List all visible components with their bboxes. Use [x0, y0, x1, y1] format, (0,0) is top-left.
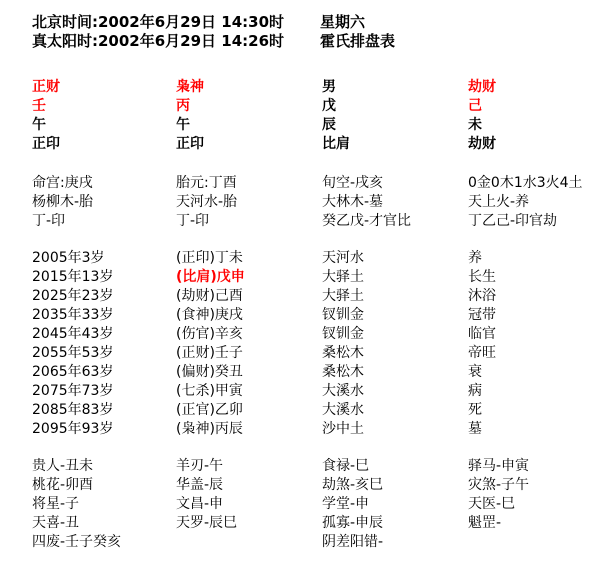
hour-branch: 未 [468, 116, 482, 135]
luck-phase: 病 [468, 382, 482, 401]
star-cell: 羊刃-午 [176, 457, 223, 476]
luck-row: 2055年53岁(正财)壬子桑松木帝旺 [0, 344, 612, 363]
day-hidden-god: 比肩 [322, 135, 350, 154]
luck-nayin: 桑松木 [322, 363, 364, 382]
info-cell: 癸乙戊-才官比 [322, 212, 411, 231]
luck-phase: 衰 [468, 363, 482, 382]
luck-phase: 养 [468, 249, 482, 268]
luck-age: 2025年23岁 [32, 287, 113, 306]
luck-pillar: (正印)丁未 [176, 249, 243, 268]
year-ten-god: 正财 [32, 78, 60, 97]
stars-row: 贵人-丑未羊刃-午食禄-巳驿马-申寅 [0, 457, 612, 476]
luck-row: 2035年33岁(食神)庚戌钗钏金冠带 [0, 306, 612, 325]
luck-pillar: (枭神)丙辰 [176, 420, 243, 439]
star-cell: 桃花-卯酉 [32, 476, 93, 495]
year-hidden-god: 正印 [32, 135, 60, 154]
info-cell: 命宫:庚戌 [32, 174, 93, 193]
luck-pillar: (七杀)甲寅 [176, 382, 243, 401]
luck-nayin: 大溪水 [322, 401, 364, 420]
luck-age: 2075年73岁 [32, 382, 113, 401]
luck-age: 2085年83岁 [32, 401, 113, 420]
day-branch: 辰 [322, 116, 336, 135]
info-cell: 丁乙己-印官劫 [468, 212, 557, 231]
year-stem: 壬 [32, 97, 46, 116]
luck-pillar: (劫财)己酉 [176, 287, 243, 306]
stars-row: 将星-子文昌-申学堂-申天医-巳 [0, 495, 612, 514]
luck-row: 2045年43岁(伤官)辛亥钗钏金临官 [0, 325, 612, 344]
luck-nayin: 桑松木 [322, 344, 364, 363]
luck-row: 2075年73岁(七杀)甲寅大溪水病 [0, 382, 612, 401]
star-cell: 四废-壬子癸亥 [32, 533, 121, 552]
month-ten-god: 枭神 [176, 78, 204, 97]
weekday: 星期六 [320, 13, 365, 32]
star-cell: 灾煞-子午 [468, 476, 529, 495]
luck-age: 2015年13岁 [32, 268, 113, 287]
luck-pillar: (正财)壬子 [176, 344, 243, 363]
luck-phase: 冠带 [468, 306, 496, 325]
info-cell: 大林木-墓 [322, 193, 383, 212]
header-line-1: 北京时间:2002年6月29日 14:30时 星期六 [0, 13, 612, 32]
luck-nayin: 沙中土 [322, 420, 364, 439]
info-row: 杨柳木-胎 天河水-胎 大林木-墓 天上火-养 [0, 193, 612, 212]
info-cell: 天河水-胎 [176, 193, 237, 212]
luck-phase: 临官 [468, 325, 496, 344]
month-stem: 丙 [176, 97, 190, 116]
info-cell: 丁-印 [176, 212, 209, 231]
star-cell: 天喜-丑 [32, 514, 79, 533]
month-hidden-god: 正印 [176, 135, 204, 154]
info-cell: 0金0木1水3火4土 [468, 174, 583, 193]
star-cell: 驿马-申寅 [468, 457, 529, 476]
info-row: 命宫:庚戌 胎元:丁酉 旬空-戌亥 0金0木1水3火4土 [0, 174, 612, 193]
star-cell: 天罗-辰巳 [176, 514, 237, 533]
star-cell: 魁罡- [468, 514, 501, 533]
luck-age: 2095年93岁 [32, 420, 113, 439]
luck-phase: 墓 [468, 420, 482, 439]
info-row: 丁-印 丁-印 癸乙戊-才官比 丁乙己-印官劫 [0, 212, 612, 231]
star-cell: 贵人-丑未 [32, 457, 93, 476]
hour-hidden-god: 劫财 [468, 135, 496, 154]
luck-pillar: (偏财)癸丑 [176, 363, 243, 382]
day-stem: 戊 [322, 97, 336, 116]
luck-nayin: 大驿土 [322, 268, 364, 287]
hour-ten-god: 劫财 [468, 78, 496, 97]
beijing-time: 北京时间:2002年6月29日 14:30时 [32, 13, 284, 32]
luck-row: 2085年83岁(正官)乙卯大溪水死 [0, 401, 612, 420]
luck-nayin: 钗钏金 [322, 306, 364, 325]
luck-pillar: (食神)庚戌 [176, 306, 243, 325]
info-cell: 旬空-戌亥 [322, 174, 383, 193]
chart-title: 霍氏排盘表 [320, 32, 395, 51]
pillar-ten-gods-top: 正财 枭神 男 劫财 [0, 78, 612, 97]
luck-phase: 帝旺 [468, 344, 496, 363]
star-cell: 食禄-巳 [322, 457, 369, 476]
luck-row: 2065年63岁(偏财)癸丑桑松木衰 [0, 363, 612, 382]
luck-nayin: 大驿土 [322, 287, 364, 306]
luck-phase: 沐浴 [468, 287, 496, 306]
solar-time: 真太阳时:2002年6月29日 14:26时 [32, 32, 284, 51]
year-branch: 午 [32, 116, 46, 135]
star-cell: 华盖-辰 [176, 476, 223, 495]
luck-pillar: (伤官)辛亥 [176, 325, 243, 344]
star-cell: 文昌-申 [176, 495, 223, 514]
info-cell: 胎元:丁酉 [176, 174, 237, 193]
star-cell: 天医-巳 [468, 495, 515, 514]
luck-age: 2005年3岁 [32, 249, 105, 268]
luck-row: 2015年13岁(比肩)戊申大驿土长生 [0, 268, 612, 287]
luck-age: 2035年33岁 [32, 306, 113, 325]
hour-stem: 己 [468, 97, 482, 116]
luck-age: 2055年53岁 [32, 344, 113, 363]
luck-pillar: (正官)乙卯 [176, 401, 243, 420]
stars-row: 天喜-丑天罗-辰巳孤寡-申辰魁罡- [0, 514, 612, 533]
luck-row: 2005年3岁(正印)丁未天河水养 [0, 249, 612, 268]
luck-age: 2065年63岁 [32, 363, 113, 382]
gender: 男 [322, 78, 336, 97]
month-branch: 午 [176, 116, 190, 135]
info-cell: 天上火-养 [468, 193, 529, 212]
pillar-ten-gods-bottom: 正印 正印 比肩 劫财 [0, 135, 612, 154]
luck-nayin: 天河水 [322, 249, 364, 268]
luck-pillar: (比肩)戊申 [176, 268, 245, 287]
star-cell: 将星-子 [32, 495, 79, 514]
info-cell: 丁-印 [32, 212, 65, 231]
luck-nayin: 钗钏金 [322, 325, 364, 344]
header-line-2: 真太阳时:2002年6月29日 14:26时 霍氏排盘表 [0, 32, 612, 51]
luck-phase: 长生 [468, 268, 496, 287]
luck-row: 2025年23岁(劫财)己酉大驿土沐浴 [0, 287, 612, 306]
star-cell: 劫煞-亥巳 [322, 476, 383, 495]
luck-age: 2045年43岁 [32, 325, 113, 344]
luck-row: 2095年93岁(枭神)丙辰沙中土墓 [0, 420, 612, 439]
stars-row: 四废-壬子癸亥阴差阳错- [0, 533, 612, 552]
info-cell: 杨柳木-胎 [32, 193, 93, 212]
star-cell: 阴差阳错- [322, 533, 383, 552]
star-cell: 孤寡-申辰 [322, 514, 383, 533]
luck-phase: 死 [468, 401, 482, 420]
stars-row: 桃花-卯酉华盖-辰劫煞-亥巳灾煞-子午 [0, 476, 612, 495]
luck-nayin: 大溪水 [322, 382, 364, 401]
star-cell: 学堂-申 [322, 495, 369, 514]
pillar-branches: 午 午 辰 未 [0, 116, 612, 135]
pillar-stems: 壬 丙 戊 己 [0, 97, 612, 116]
